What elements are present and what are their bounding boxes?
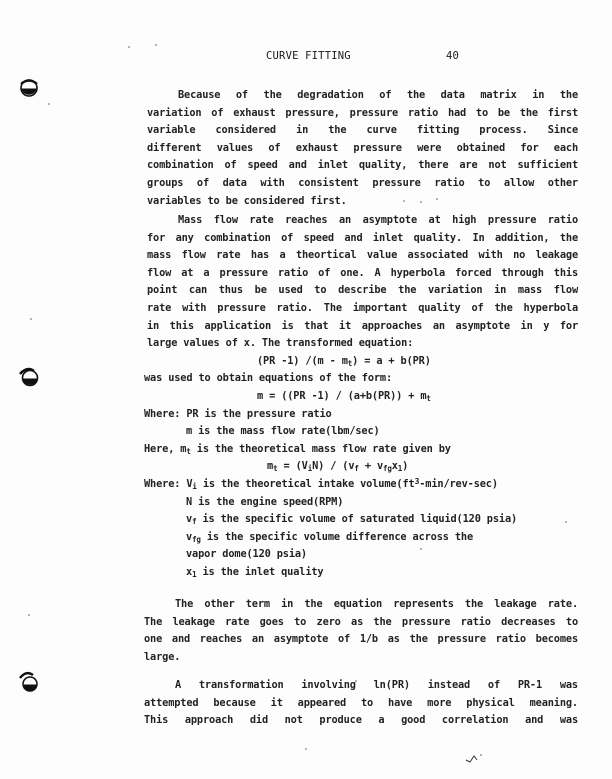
text-line: combination of speed and inlet quality, … xyxy=(147,157,578,175)
paragraph-1: Because of the degradation of the data m… xyxy=(147,87,578,210)
paragraph-3: The other term in the equation represent… xyxy=(147,596,578,666)
text-line: for any combination of speed and inlet q… xyxy=(147,230,578,248)
text-line: attempted because it appeared to have mo… xyxy=(144,695,578,713)
paragraph-2: Mass flow rate reaches an asymptote at h… xyxy=(147,212,578,581)
text-line: Because of the degradation of the data m… xyxy=(147,87,578,105)
scanned-page: CURVE FITTING 40 Because of the degradat… xyxy=(0,0,612,779)
text-line: A transformation involving ln(PR) instea… xyxy=(144,677,578,695)
paragraph-4: A transformation involving ln(PR) instea… xyxy=(147,677,578,730)
text-line: rate with pressure ratio. The important … xyxy=(147,300,578,318)
equation-mass-flow: m = ((PR -1) / (a+b(PR)) + mt xyxy=(147,388,578,406)
page-number: 40 xyxy=(446,50,459,62)
text-line: This approach did not produce a good cor… xyxy=(144,712,578,730)
definition-vi: Where: Vi is the theoretical intake volu… xyxy=(144,476,578,494)
definition-mt: Here, mt is the theoretical mass flow ra… xyxy=(144,441,578,459)
text-line: flow at a pressure ratio of one. A hyper… xyxy=(147,265,578,283)
text-line: The other term in the equation represent… xyxy=(144,596,578,614)
equation-transformed: (PR -1) /(m - mt) = a + b(PR) xyxy=(147,353,578,371)
definition-pr: Where: PR is the pressure ratio xyxy=(144,406,578,424)
binder-hole-icon xyxy=(18,365,40,387)
equation-theoretical-mass-flow: mt = (ViN) / (vf + vfgx1) xyxy=(147,458,578,476)
text-line: large values of x. The transformed equat… xyxy=(147,335,578,353)
definition-vfg: vfg is the specific volume difference ac… xyxy=(147,529,578,547)
text-line: variation of exhaust pressure, pressure … xyxy=(147,105,578,123)
text-line: variable considered in the curve fitting… xyxy=(147,122,578,140)
text-line: one and reaches an asymptote of 1/b as t… xyxy=(144,631,578,649)
text-line: The leakage rate goes to zero as the pre… xyxy=(144,614,578,632)
text-line: large. xyxy=(144,649,578,667)
text-line: in this application is that it approache… xyxy=(147,318,578,336)
text-line: groups of data with consistent pressure … xyxy=(147,175,578,193)
pen-check-mark-icon xyxy=(465,752,485,764)
running-title: CURVE FITTING xyxy=(266,50,351,62)
text-line: mass flow rate has a theortical value as… xyxy=(147,247,578,265)
text-line: variables to be considered first. xyxy=(147,193,578,211)
definition-x1: x1 is the inlet quality xyxy=(147,564,578,582)
equation-lead-in: was used to obtain equations of the form… xyxy=(144,370,578,388)
definition-vfg-continued: vapor dome(120 psia) xyxy=(147,546,578,564)
text-line: different values of exhaust pressure wer… xyxy=(147,140,578,158)
definition-vf: vf is the specific volume of saturated l… xyxy=(147,511,578,529)
definition-n: N is the engine speed(RPM) xyxy=(147,494,578,512)
text-line: Mass flow rate reaches an asymptote at h… xyxy=(147,212,578,230)
definition-m: m is the mass flow rate(lbm/sec) xyxy=(147,423,578,441)
binder-hole-icon xyxy=(18,76,40,98)
binder-hole-icon xyxy=(18,670,40,692)
text-line: point can thus be used to describe the v… xyxy=(147,282,578,300)
